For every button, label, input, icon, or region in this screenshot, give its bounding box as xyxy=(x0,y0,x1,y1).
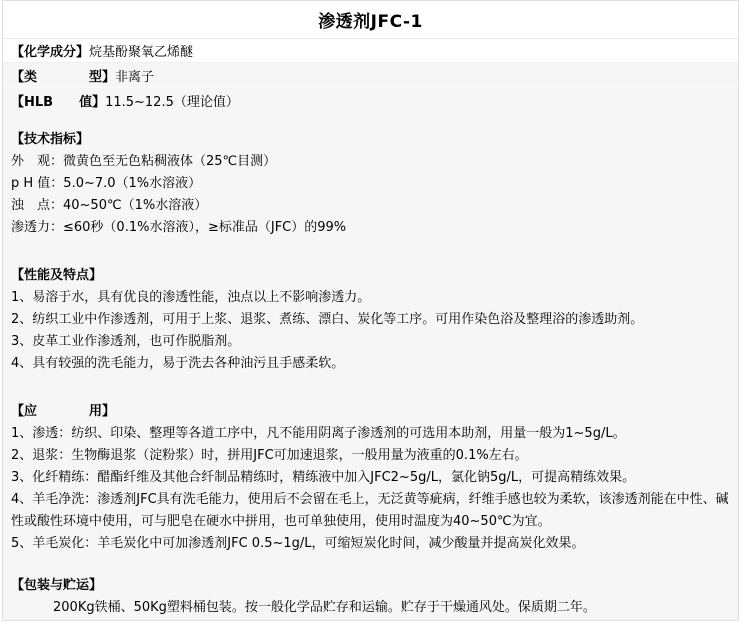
text-line: 浊 点：40~50℃（1%水溶液） xyxy=(11,195,730,217)
section-application: 【应 用】 1、渗透：纺织、印染、整理等各道工序中，凡不能用阴离子渗透剂的可选用… xyxy=(11,401,730,555)
info-row-hlb-value: 【HLB 值】11.5~12.5（理论值） xyxy=(3,88,738,113)
product-datasheet: 渗透剂JFC-1 【化学成分】烷基酚聚氧乙烯醚 【类 型】非离子 【HLB 值】… xyxy=(2,0,739,621)
text-line: p H 值：5.0~7.0（1%水溶液） xyxy=(11,173,730,195)
text-line: 5、羊毛炭化：羊毛炭化中可加渗透剂JFC 0.5~1g/L，可缩短炭化时间，减少… xyxy=(11,533,730,555)
info-value: 烷基酚聚氧乙烯醚 xyxy=(89,41,193,60)
info-row-type: 【类 型】非离子 xyxy=(3,63,738,88)
info-value: 非离子 xyxy=(115,66,154,85)
section-heading: 【技术指标】 xyxy=(11,129,730,151)
text-line: 3、皮革工业作渗透剂，也可作脱脂剂。 xyxy=(11,331,730,353)
info-label: 【类 型】 xyxy=(11,66,115,85)
section-technical-specs: 【技术指标】 外 观：微黄色至无色粘稠液体（25℃目测） p H 值：5.0~7… xyxy=(11,129,730,239)
section-performance-features: 【性能及特点】 1、易溶于水，具有优良的渗透性能，浊点以上不影响渗透力。 2、纺… xyxy=(11,265,730,375)
text-line: 4、具有较强的洗毛能力，易于洗去各种油污且手感柔软。 xyxy=(11,353,730,375)
info-label: 【化学成分】 xyxy=(11,41,89,60)
section-packaging-storage: 【包装与贮运】 200Kg铁桶、50Kg塑料桶包装。按一般化学品贮存和运输。贮存… xyxy=(11,575,730,619)
page-title: 渗透剂JFC-1 xyxy=(3,1,738,39)
info-row-chemical-composition: 【化学成分】烷基酚聚氧乙烯醚 xyxy=(3,39,738,63)
text-line: 外 观：微黄色至无色粘稠液体（25℃目测） xyxy=(11,151,730,173)
section-heading: 【包装与贮运】 xyxy=(11,575,730,597)
content-block: 【技术指标】 外 观：微黄色至无色粘稠液体（25℃目测） p H 值：5.0~7… xyxy=(3,113,738,620)
section-heading: 【应 用】 xyxy=(11,401,730,423)
text-line: 2、退浆：生物酶退浆（淀粉浆）时，拼用JFC可加速退浆，一般用量为液重的0.1%… xyxy=(11,445,730,467)
info-label: 【HLB 值】 xyxy=(11,91,105,110)
text-line: 200Kg铁桶、50Kg塑料桶包装。按一般化学品贮存和运输。贮存于干燥通风处。保… xyxy=(11,597,730,619)
text-line: 1、易溶于水，具有优良的渗透性能，浊点以上不影响渗透力。 xyxy=(11,287,730,309)
section-heading: 【性能及特点】 xyxy=(11,265,730,287)
text-line: 3、化纤精练：醋酯纤维及其他合纤制品精练时，精练液中加入JFC2~5g/L，氯化… xyxy=(11,467,730,489)
text-line: 1、渗透：纺织、印染、整理等各道工序中，凡不能用阴离子渗透剂的可选用本助剂，用量… xyxy=(11,423,730,445)
info-value: 11.5~12.5（理论值） xyxy=(105,91,239,110)
text-line: 2、纺织工业中作渗透剂，可用于上浆、退浆、煮练、漂白、炭化等工序。可用作染色浴及… xyxy=(11,309,730,331)
text-line: 4、羊毛净洗：渗透剂JFC具有洗毛能力，使用后不会留在毛上，无泛黄等疵病，纤维手… xyxy=(11,489,730,533)
text-line: 渗透力：≤60秒（0.1%水溶液），≥标准品（JFC）的99% xyxy=(11,217,730,239)
